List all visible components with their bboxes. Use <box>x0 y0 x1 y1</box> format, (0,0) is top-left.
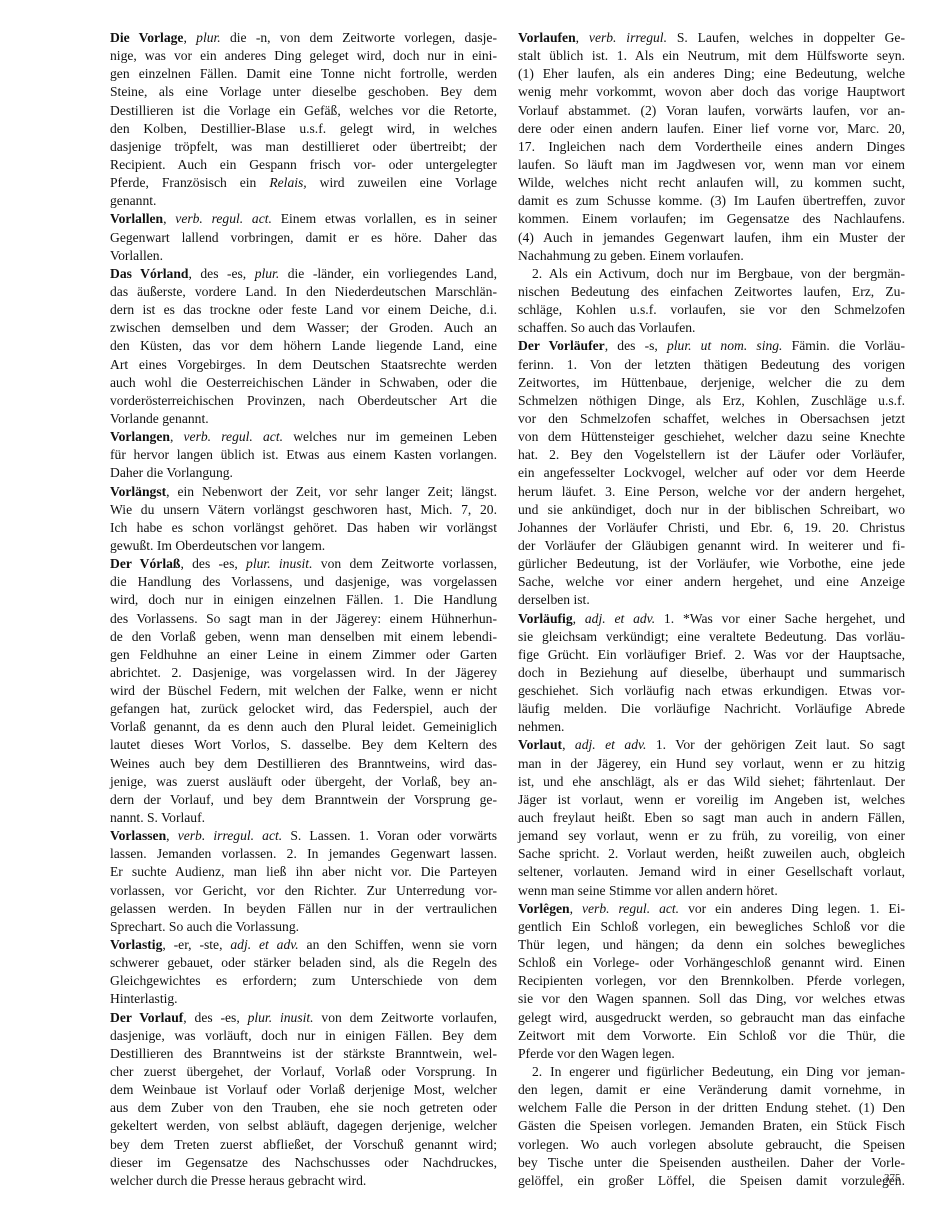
entry-line: jemand sey vorlaut, wenn er zu früh, zu … <box>518 827 905 845</box>
entry-line: abrichtet. 2. Dasjenige, was vorgelassen… <box>110 664 497 682</box>
entry-text: Hinterlastig. <box>110 991 178 1006</box>
entry-line: stalt üblich ist. 1. Als ein Neutrum, mi… <box>518 47 905 65</box>
entry-line: Schmelzen nöthigen Dinge, als Erz, Kohle… <box>518 392 905 410</box>
grammar-label: adj. et adv. <box>585 611 655 626</box>
entry-text: , ein Nebenwort der Zeit, vor sehr lange… <box>166 484 497 499</box>
entry-text: Er suchte Audienz, man ließ ihn aber nic… <box>110 864 497 879</box>
dictionary-entry: Vorlaut, adj. et adv. 1. Vor der gehörig… <box>518 736 905 899</box>
entry-text: Vorlallen. <box>110 248 163 263</box>
entry-line: Wilde, welches nicht recht anlaufen will… <box>518 174 905 192</box>
headword: Vorlaufen <box>518 30 576 45</box>
entry-text: gen Feldhuhne an einer Leine in einem Zi… <box>110 647 497 662</box>
grammar-label: plur. <box>196 30 221 45</box>
entry-line: hat. 2. Bey den Vogelstellern ist der Lä… <box>518 446 905 464</box>
dictionary-entry: Der Vorläufer, des -s, plur. ut nom. sin… <box>518 337 905 609</box>
entry-line: Schloß ein Vorlege- oder Vorhängeschloß … <box>518 954 905 972</box>
entry-line: (4) Auch in jemandes Gegenwart laufen, i… <box>518 229 905 247</box>
entry-text: man in der Jägerey, ein Hund sey vorlaut… <box>518 756 905 771</box>
entry-line: (1) Eher laufen, als ein anderes Ding; e… <box>518 65 905 83</box>
grammar-label: verb. irregul. <box>589 30 667 45</box>
entry-text: dern ist es das trockne oder feste Land … <box>110 302 497 317</box>
headword: Der Vorlauf <box>110 1010 183 1025</box>
entry-line: dere oder einen andern laufen. Einer lie… <box>518 120 905 138</box>
grammar-label: verb. regul. act. <box>582 901 679 916</box>
entry-text: damit es zum Schusse komme. (3) Im Laufe… <box>518 193 905 208</box>
entry-line: gürlicher Bedeutung, ist der Vorläufer, … <box>518 555 905 573</box>
entry-line: dern ist es das trockne oder feste Land … <box>110 301 497 319</box>
entry-first-line: Vorlängst, ein Nebenwort der Zeit, vor s… <box>110 483 497 501</box>
entry-text: de den Vorlaß geben, wenn man denselben … <box>110 629 497 644</box>
entry-text: kommen. Einem vorlaufen; im Gegensatze d… <box>518 211 905 226</box>
page-number: 375 <box>884 1172 901 1184</box>
entry-text: gekeltert werden, von selbst abläuft, da… <box>110 1118 497 1133</box>
entry-line: Sache spricht. 2. Vorlaut werden, heißt … <box>518 845 905 863</box>
entry-text: welchem Falle die Person in der dritten … <box>518 1100 905 1115</box>
entry-text: 2. Als ein Activum, doch nur im Bergbaue… <box>532 266 905 281</box>
entry-text: sie vor den Wagen spannen. Soll das Ding… <box>518 991 905 1006</box>
entry-line: Vorlande genannt. <box>110 410 497 428</box>
entry-text: Destillieren des Branntweins ist der stä… <box>110 1046 497 1061</box>
entry-line: dem Weinbaue ist Vorlauf oder Vorlaß der… <box>110 1081 497 1099</box>
entry-line: Weines auch bey dem Destillieren des Bra… <box>110 755 497 773</box>
grammar-label: plur. ut nom. sing. <box>667 338 783 353</box>
entry-text: bey Tische unter die Speisenden austheil… <box>518 1155 905 1170</box>
headword: Vorlêgen <box>518 901 570 916</box>
entry-text: dem Weinbaue ist Vorlauf oder Vorlaß der… <box>110 1082 497 1097</box>
entry-line: der Vorläufer der Gläubigen genannt wird… <box>518 537 905 555</box>
entry-text: Pferde, Französisch ein <box>110 175 269 190</box>
entry-line: nischen Bedeutung des einfachen Zeitwort… <box>518 283 905 301</box>
entry-text: nige, was vor ein anderes Ding geleget w… <box>110 48 497 63</box>
entry-text: Fämin. die Vorläu- <box>782 338 905 353</box>
entry-line: den Kolben, Destillier-Blase u.s.f. gele… <box>110 120 497 138</box>
headword: Vorlallen <box>110 211 163 226</box>
entry-line: Thür legen, und hängen; da denn ein solc… <box>518 936 905 954</box>
entry-first-line: Das Vórland, des -es, plur. die -länder,… <box>110 265 497 283</box>
entry-text: Jäger ist vorlaut, wenn er voreilig im A… <box>518 792 905 807</box>
entry-text: vor den Schmelzofen schaffet, welches in… <box>518 411 905 426</box>
dictionary-entry: Die Vorlage, plur. die -n, von dem Zeitw… <box>110 29 497 210</box>
entry-text: für hervor langen üblich ist. Etwas aus … <box>110 447 497 462</box>
entry-text: den legen, damit er eine Veränderung dam… <box>518 1082 905 1097</box>
entry-line: sie vor den Wagen spannen. Soll das Ding… <box>518 990 905 1008</box>
entry-line: 2. In engerer und figürlicher Bedeutung,… <box>518 1063 905 1081</box>
entry-line: schaffen. So auch das Vorlaufen. <box>518 319 905 337</box>
entry-text: , des -es, <box>183 1010 247 1025</box>
entry-line: Zeitwort mit dem Vorworte. Ein Schloß vo… <box>518 1027 905 1045</box>
headword: Vorlastig <box>110 937 162 952</box>
entry-line: de den Vorlaß geben, wenn man denselben … <box>110 628 497 646</box>
entry-text: 17. Ingleichen nach dem Vordertheile ein… <box>518 139 905 154</box>
entry-text: Wie du unsern Vätern vorlängst geschwore… <box>110 502 497 517</box>
entry-text: Zeitwort mit dem Vorworte. Ein Schloß vo… <box>518 1028 905 1043</box>
entry-text: gefangen hat, zurück gelocket wird, das … <box>110 701 497 716</box>
entry-line: ein angefesselter Lockvogel, welcher auf… <box>518 464 905 482</box>
entry-line: welcher durch die Presse heraus gebracht… <box>110 1172 497 1190</box>
entry-text: welches nur im gemeinen Leben <box>283 429 497 444</box>
entry-text: geschiehet. Sich vorläufig nach etwas er… <box>518 683 905 698</box>
entry-line: nannt. S. Vorlauf. <box>110 809 497 827</box>
entry-line: derselben ist. <box>518 591 905 609</box>
entry-text: vorlassen, vor Gericht, vor den Richter.… <box>110 883 497 898</box>
entry-line: Er suchte Audienz, man ließ ihn aber nic… <box>110 863 497 881</box>
entry-line: vorderösterreichischen Provinzen, nach O… <box>110 392 497 410</box>
entry-text: gelegt wird, ausgedruckt werden, so gebr… <box>518 1010 905 1025</box>
entry-line: gen einzelnen Fällen. Damit eine Tonne n… <box>110 65 497 83</box>
entry-text: 1. Vor der gehörigen Zeit laut. So sagt <box>646 737 905 752</box>
entry-line: doch in Beziehung auf dieselbe, überhaup… <box>518 664 905 682</box>
entry-first-line: Vorlastig, -er, -ste, adj. et adv. an de… <box>110 936 497 954</box>
entry-line: von dem Hüttensteiger geschiehet, welche… <box>518 428 905 446</box>
entry-line: aus dem Zuber von den Trauben, ehe sie n… <box>110 1099 497 1117</box>
entry-text: jenige, was zuerst ausläuft oder übergeh… <box>110 774 497 789</box>
entry-text: wenig mehr vorkommt, wovon aber doch das… <box>518 84 905 99</box>
entry-line: das äußerste, vordere Land. In den Niede… <box>110 283 497 301</box>
entry-text: Johannes der Vorläufer Christi, und Ebr.… <box>518 520 905 535</box>
entry-line: den Küsten, das vor dem höhern Lande lie… <box>110 337 497 355</box>
dictionary-entry: Vorlangen, verb. regul. act. welches nur… <box>110 428 497 482</box>
entry-text: wird der Büschel Federn, mit welchen der… <box>110 683 497 698</box>
grammar-label: adj. et adv. <box>230 937 298 952</box>
entry-line: schläge, Kohlen u.s.f. vorlaufen, sie vo… <box>518 301 905 319</box>
entry-line: ferinn. 1. Von der letzten thätigen Bede… <box>518 356 905 374</box>
entry-text: gentlich Ein Schloß vorlegen, ein bewegl… <box>518 919 905 934</box>
entry-text: , <box>570 901 582 916</box>
headword: Vorläufig <box>518 611 573 626</box>
entry-text: , <box>573 611 585 626</box>
entry-text: S. Laufen, welches in doppelter Ge- <box>667 30 905 45</box>
entry-text: Steine, als eine Vorlage unter dieselbe … <box>110 84 497 99</box>
grammar-label: plur. inusit. <box>246 556 312 571</box>
entry-text: des Vorlassens. So sagt man in der Jäger… <box>110 611 497 626</box>
dictionary-entry: Vorläufig, adj. et adv. 1. *Was vor eine… <box>518 610 905 737</box>
grammar-label: verb. regul. act. <box>175 211 272 226</box>
grammar-label: Relais, <box>269 175 306 190</box>
entry-line: Hinterlastig. <box>110 990 497 1008</box>
entry-text: Zeitwortes, im Hüttenbaue, derjenige, we… <box>518 375 905 390</box>
entry-text: dieser im Gegensatze des Nachschusses od… <box>110 1155 497 1170</box>
entry-text: dasjenige tröpfelt, was man destillieret… <box>110 139 497 154</box>
entry-text: 1. *Was vor einer Sache hergehet, und <box>655 611 905 626</box>
entry-text: genannt. <box>110 193 156 208</box>
entry-text: , -er, -ste, <box>162 937 230 952</box>
entry-text: dasjenige, was vorläuft, doch nur in ein… <box>110 1028 497 1043</box>
entry-text: wird, doch nur in einigen einzelnen Fäll… <box>110 592 497 607</box>
entry-line: Daher die Vorlangung. <box>110 464 497 482</box>
entry-text: zwischen demselben und dem Wasser; der G… <box>110 320 497 335</box>
entry-first-line: Vorlangen, verb. regul. act. welches nur… <box>110 428 497 446</box>
entry-text: und sie ankündiget, doch nur in der bibl… <box>518 502 905 517</box>
entry-line: Destillieren ist die Vorlage ein Gefäß, … <box>110 102 497 120</box>
dictionary-entry: Vorlängst, ein Nebenwort der Zeit, vor s… <box>110 483 497 556</box>
entry-line: bey dem Treten zuerst abfließet, der Vor… <box>110 1136 497 1154</box>
entry-line: ist, und ehe anschlägt, als er das Wild … <box>518 773 905 791</box>
entry-text: gelassen werden. In beyden Fällen nur in… <box>110 901 497 916</box>
entry-line: Recipienten vorlegen, vor den Brennkolbe… <box>518 972 905 990</box>
headword: Vorlängst <box>110 484 166 499</box>
entry-text: lautet dieses Wort Vorlos, S. dasselbe. … <box>110 737 497 752</box>
entry-line: Vorlallen. <box>110 247 497 265</box>
headword: Das Vórland <box>110 266 188 281</box>
entry-text: , <box>562 737 575 752</box>
entry-text: gen einzelnen Fällen. Damit eine Tonne n… <box>110 66 497 81</box>
grammar-label: plur. inusit. <box>248 1010 314 1025</box>
entry-line: Vorlaß genannt, da es denn auch den Plur… <box>110 718 497 736</box>
entry-text: Gästen die Speisen vorlegen. Jemanden Br… <box>518 1118 905 1133</box>
entry-line: sie gleichsam verkündigt; eine veraltete… <box>518 628 905 646</box>
entry-text: dern der Vorlauf, und bey dem Branntwein… <box>110 792 497 807</box>
entry-line: Sache, welche vor einer andern hergehet,… <box>518 573 905 591</box>
entry-line: auch wohl die Oesterreichischen Länder i… <box>110 374 497 392</box>
entry-text: Sprechart. So auch die Vorlassung. <box>110 919 299 934</box>
entry-text: Gleichgewichtes es erfordern; zum Unters… <box>110 973 497 988</box>
entry-text: ferinn. 1. Von der letzten thätigen Bede… <box>518 357 905 372</box>
headword: Die Vorlage <box>110 30 183 45</box>
entry-text: , des -es, <box>188 266 254 281</box>
entry-text: sie gleichsam verkündigt; eine veraltete… <box>518 629 905 644</box>
entry-text: , <box>166 828 178 843</box>
entry-text: das äußerste, vordere Land. In den Niede… <box>110 284 497 299</box>
entry-first-line: Vorlaut, adj. et adv. 1. Vor der gehörig… <box>518 736 905 754</box>
entry-text: cher zuerst übergehet, der Vorlauf, Vorl… <box>110 1064 497 1079</box>
dictionary-entry: Vorlassen, verb. irregul. act. S. Lassen… <box>110 827 497 936</box>
entry-line: den legen, damit er eine Veränderung dam… <box>518 1081 905 1099</box>
dictionary-entry: Vorlêgen, verb. regul. act. vor ein ande… <box>518 900 905 1190</box>
entry-line: wird, doch nur in einigen einzelnen Fäll… <box>110 591 497 609</box>
entry-text: Recipient. Auch ein Gespann frisch vor- … <box>110 157 497 172</box>
grammar-label: plur. <box>255 266 280 281</box>
entry-line: bey Tische unter die Speisenden austheil… <box>518 1154 905 1172</box>
entry-text: den Kolben, Destillier-Blase u.s.f. gele… <box>110 121 497 136</box>
grammar-label: adj. et adv. <box>575 737 647 752</box>
dictionary-entry: Das Vórland, des -es, plur. die -länder,… <box>110 265 497 428</box>
entry-line: dern der Vorlauf, und bey dem Branntwein… <box>110 791 497 809</box>
entry-line: Sprechart. So auch die Vorlassung. <box>110 918 497 936</box>
entry-text: Destillieren ist die Vorlage ein Gefäß, … <box>110 103 497 118</box>
left-column: Die Vorlage, plur. die -n, von dem Zeitw… <box>110 29 497 1190</box>
entry-line: Ich habe es schon vorlängst gehöret. Das… <box>110 519 497 537</box>
entry-text: Thür legen, und hängen; da denn ein solc… <box>518 937 905 952</box>
entry-text: auch freylaut heißt. Eben so sagt man au… <box>518 810 905 825</box>
entry-line: vorlegen. Wo auch vorlegen absolute gebr… <box>518 1136 905 1154</box>
right-column: Vorlaufen, verb. irregul. S. Laufen, wel… <box>518 29 905 1190</box>
entry-line: gelöffel, ein großer Löffel, die Speisen… <box>518 1172 905 1190</box>
grammar-label: verb. regul. act. <box>184 429 284 444</box>
entry-line: laufen. So läuft man im Jagdwesen vor, w… <box>518 156 905 174</box>
entry-text: (1) Eher laufen, als ein anderes Ding; e… <box>518 66 905 81</box>
entry-text: die -n, von dem Zeitworte vorlegen, dasj… <box>221 30 497 45</box>
entry-text: Schmelzen nöthigen Dinge, als Erz, Kohle… <box>518 393 905 408</box>
entry-first-line: Der Vorlauf, des -es, plur. inusit. von … <box>110 1009 497 1027</box>
dictionary-entry: Der Vórlaß, des -es, plur. inusit. von d… <box>110 555 497 827</box>
entry-line: herum läufet. 3. Eine Person, welche vor… <box>518 483 905 501</box>
entry-line: 17. Ingleichen nach dem Vordertheile ein… <box>518 138 905 156</box>
entry-text: ist, und ehe anschlägt, als er das Wild … <box>518 774 905 789</box>
entry-text: die Handlung des Vorlassens, und dasjeni… <box>110 574 497 589</box>
entry-text: wenn man seine Stimme vor allen andern h… <box>518 883 778 898</box>
entry-line: gewußt. Im Oberdeutschen vor langem. <box>110 537 497 555</box>
entry-line: gentlich Ein Schloß vorlegen, ein bewegl… <box>518 918 905 936</box>
entry-text: Vorlauf abstammet. (2) Voran laufen, vor… <box>518 103 905 118</box>
entry-line: seltener, vorlauten. Jemand wird in eine… <box>518 863 905 881</box>
entry-text: Gegenwart lallend vorbringen, damit er e… <box>110 230 497 245</box>
entry-line: lassen. Jemanden vorlassen. 2. In jemand… <box>110 845 497 863</box>
entry-line: dasjenige tröpfelt, was man destillieret… <box>110 138 497 156</box>
entry-text: der Vorläufer der Gläubigen genannt wird… <box>518 538 905 553</box>
entry-first-line: Vorläufig, adj. et adv. 1. *Was vor eine… <box>518 610 905 628</box>
entry-text: Sache, welche vor einer andern hergehet,… <box>518 574 905 589</box>
entry-line: gekeltert werden, von selbst abläuft, da… <box>110 1117 497 1135</box>
entry-text: schläge, Kohlen u.s.f. vorlaufen, sie vo… <box>518 302 905 317</box>
entry-text: von dem Zeitworte vorlassen, <box>313 556 497 571</box>
entry-text: stalt üblich ist. 1. Als ein Neutrum, mi… <box>518 48 905 63</box>
entry-text: von dem Zeitworte vorlaufen, <box>314 1010 497 1025</box>
entry-text: gürlicher Bedeutung, ist der Vorläufer, … <box>518 556 905 571</box>
entry-line: gefangen hat, zurück gelocket wird, das … <box>110 700 497 718</box>
entry-text: welcher durch die Presse heraus gebracht… <box>110 1173 366 1188</box>
entry-text: gewußt. Im Oberdeutschen vor langem. <box>110 538 325 553</box>
entry-text: die -länder, ein vorliegendes Land, <box>279 266 497 281</box>
entry-line: Steine, als eine Vorlage unter dieselbe … <box>110 83 497 101</box>
headword: Vorlangen <box>110 429 170 444</box>
entry-text: nannt. S. Vorlauf. <box>110 810 205 825</box>
entry-line: Pferde, Französisch ein Relais, wird zuw… <box>110 174 497 192</box>
entry-first-line: Vorlêgen, verb. regul. act. vor ein ande… <box>518 900 905 918</box>
entry-line: damit es zum Schusse komme. (3) Im Laufe… <box>518 192 905 210</box>
entry-line: Jäger ist vorlaut, wenn er voreilig im A… <box>518 791 905 809</box>
entry-first-line: Die Vorlage, plur. die -n, von dem Zeitw… <box>110 29 497 47</box>
entry-text: , <box>170 429 184 444</box>
entry-text: Wilde, welches nicht recht anlaufen will… <box>518 175 905 190</box>
entry-text: 2. In engerer und figürlicher Bedeutung,… <box>532 1064 905 1079</box>
entry-text: aus dem Zuber von den Trauben, ehe sie n… <box>110 1100 497 1115</box>
entry-text: , <box>576 30 589 45</box>
entry-line: Johannes der Vorläufer Christi, und Ebr.… <box>518 519 905 537</box>
entry-text: den Küsten, das vor dem höhern Lande lie… <box>110 338 497 353</box>
entry-text: schaffen. So auch das Vorlaufen. <box>518 320 695 335</box>
entry-line: auch freylaut heißt. Eben so sagt man au… <box>518 809 905 827</box>
entry-line: man in der Jägerey, ein Hund sey vorlaut… <box>518 755 905 773</box>
entry-line: für hervor langen üblich ist. Etwas aus … <box>110 446 497 464</box>
headword: Der Vorläufer <box>518 338 605 353</box>
headword: Vorlassen <box>110 828 166 843</box>
dictionary-entry: Vorlallen, verb. regul. act. Einem etwas… <box>110 210 497 264</box>
entry-first-line: Vorlassen, verb. irregul. act. S. Lassen… <box>110 827 497 845</box>
entry-line: Destillieren des Branntweins ist der stä… <box>110 1045 497 1063</box>
entry-text: dere oder einen andern laufen. Einer lie… <box>518 121 905 136</box>
entry-text: Nachahmung zu geben. Einem vorlaufen. <box>518 248 744 263</box>
entry-line: Gegenwart lallend vorbringen, damit er e… <box>110 229 497 247</box>
entry-text: wird zuweilen eine Vorlage <box>307 175 497 190</box>
entry-text: Weines auch bey dem Destillieren des Bra… <box>110 756 497 771</box>
entry-line: fige Grücht. Ein vorläufiger Brief. 2. W… <box>518 646 905 664</box>
entry-text: vor ein anderes Ding legen. 1. Ei- <box>679 901 905 916</box>
entry-line: kommen. Einem vorlaufen; im Gegensatze d… <box>518 210 905 228</box>
entry-line: welchem Falle die Person in der dritten … <box>518 1099 905 1117</box>
entry-text: laufen. So läuft man im Jagdwesen vor, w… <box>518 157 905 172</box>
entry-text: nehmen. <box>518 719 564 734</box>
entry-text: vorderösterreichischen Provinzen, nach O… <box>110 393 497 408</box>
entry-line: zwischen demselben und dem Wasser; der G… <box>110 319 497 337</box>
entry-line: cher zuerst übergehet, der Vorlauf, Vorl… <box>110 1063 497 1081</box>
entry-text: auch wohl die Oesterreichischen Länder i… <box>110 375 497 390</box>
entry-line: Gleichgewichtes es erfordern; zum Unters… <box>110 972 497 990</box>
entry-text: bey dem Treten zuerst abfließet, der Vor… <box>110 1137 497 1152</box>
entry-text: fige Grücht. Ein vorläufiger Brief. 2. W… <box>518 647 905 662</box>
dictionary-entry: Vorlastig, -er, -ste, adj. et adv. an de… <box>110 936 497 1009</box>
entry-text: , des -es, <box>180 556 246 571</box>
entry-line: vorlassen, vor Gericht, vor den Richter.… <box>110 882 497 900</box>
entry-line: gelegt wird, ausgedruckt werden, so gebr… <box>518 1009 905 1027</box>
entry-text: abrichtet. 2. Dasjenige, was vorgelassen… <box>110 665 497 680</box>
entry-text: , <box>163 211 175 226</box>
entry-line: wird der Büschel Federn, mit welchen der… <box>110 682 497 700</box>
entry-text: Daher die Vorlangung. <box>110 465 233 480</box>
entry-line: genannt. <box>110 192 497 210</box>
entry-line: Gästen die Speisen vorlegen. Jemanden Br… <box>518 1117 905 1135</box>
headword: Vorlaut <box>518 737 562 752</box>
entry-line: nige, was vor ein anderes Ding geleget w… <box>110 47 497 65</box>
entry-text: schwerer gebauet, oder stärker beladen s… <box>110 955 497 970</box>
entry-line: läufig melden. Die vorläufige Nachricht.… <box>518 700 905 718</box>
entry-text: vorlegen. Wo auch vorlegen absolute gebr… <box>518 1137 905 1152</box>
entry-line: Wie du unsern Vätern vorlängst geschwore… <box>110 501 497 519</box>
entry-line: jenige, was zuerst ausläuft oder übergeh… <box>110 773 497 791</box>
entry-text: , <box>183 30 196 45</box>
entry-line: Pferde vor den Wagen legen. <box>518 1045 905 1063</box>
entry-text: Ich habe es schon vorlängst gehöret. Das… <box>110 520 497 535</box>
entry-text: Art eines Vorgebirges. In dem Deutschen … <box>110 357 497 372</box>
entry-first-line: Vorlaufen, verb. irregul. S. Laufen, wel… <box>518 29 905 47</box>
entry-line: des Vorlassens. So sagt man in der Jäger… <box>110 610 497 628</box>
entry-line: lautet dieses Wort Vorlos, S. dasselbe. … <box>110 736 497 754</box>
entry-text: lassen. Jemanden vorlassen. 2. In jemand… <box>110 846 497 861</box>
entry-first-line: Der Vórlaß, des -es, plur. inusit. von d… <box>110 555 497 573</box>
entry-text: Vorlande genannt. <box>110 411 209 426</box>
entry-line: vor den Schmelzofen schaffet, welches in… <box>518 410 905 428</box>
entry-line: geschiehet. Sich vorläufig nach etwas er… <box>518 682 905 700</box>
dictionary-entry: Vorlaufen, verb. irregul. S. Laufen, wel… <box>518 29 905 337</box>
entry-text: , des -s, <box>605 338 667 353</box>
entry-line: gen Feldhuhne an einer Leine in einem Zi… <box>110 646 497 664</box>
entry-line: wenn man seine Stimme vor allen andern h… <box>518 882 905 900</box>
entry-text: Schloß ein Vorlege- oder Vorhängeschloß … <box>518 955 905 970</box>
entry-line: Recipient. Auch ein Gespann frisch vor- … <box>110 156 497 174</box>
grammar-label: verb. irregul. act. <box>178 828 283 843</box>
entry-line: dasjenige, was vorläuft, doch nur in ein… <box>110 1027 497 1045</box>
entry-text: läufig melden. Die vorläufige Nachricht.… <box>518 701 905 716</box>
headword: Der Vórlaß <box>110 556 180 571</box>
entry-text: hat. 2. Bey den Vogelstellern ist der Lä… <box>518 447 905 462</box>
entry-text: gelöffel, ein großer Löffel, die Speisen… <box>518 1173 905 1188</box>
entry-line: 2. Als ein Activum, doch nur im Bergbaue… <box>518 265 905 283</box>
entry-text: seltener, vorlauten. Jemand wird in eine… <box>518 864 905 879</box>
entry-line: wenig mehr vorkommt, wovon aber doch das… <box>518 83 905 101</box>
entry-text: Sache spricht. 2. Vorlaut werden, heißt … <box>518 846 905 861</box>
entry-line: nehmen. <box>518 718 905 736</box>
entry-line: Art eines Vorgebirges. In dem Deutschen … <box>110 356 497 374</box>
entry-text: S. Lassen. 1. Voran oder vorwärts <box>282 828 497 843</box>
entry-text: Pferde vor den Wagen legen. <box>518 1046 675 1061</box>
entry-text: von dem Hüttensteiger geschiehet, welche… <box>518 429 905 444</box>
entry-line: dieser im Gegensatze des Nachschusses od… <box>110 1154 497 1172</box>
entry-line: Nachahmung zu geben. Einem vorlaufen. <box>518 247 905 265</box>
entry-text: herum läufet. 3. Eine Person, welche vor… <box>518 484 905 499</box>
entry-text: an den Schiffen, wenn sie vorn <box>299 937 497 952</box>
entry-text: Einem etwas vorlallen, es in seiner <box>272 211 497 226</box>
entry-line: gelassen werden. In beyden Fällen nur in… <box>110 900 497 918</box>
entry-first-line: Der Vorläufer, des -s, plur. ut nom. sin… <box>518 337 905 355</box>
